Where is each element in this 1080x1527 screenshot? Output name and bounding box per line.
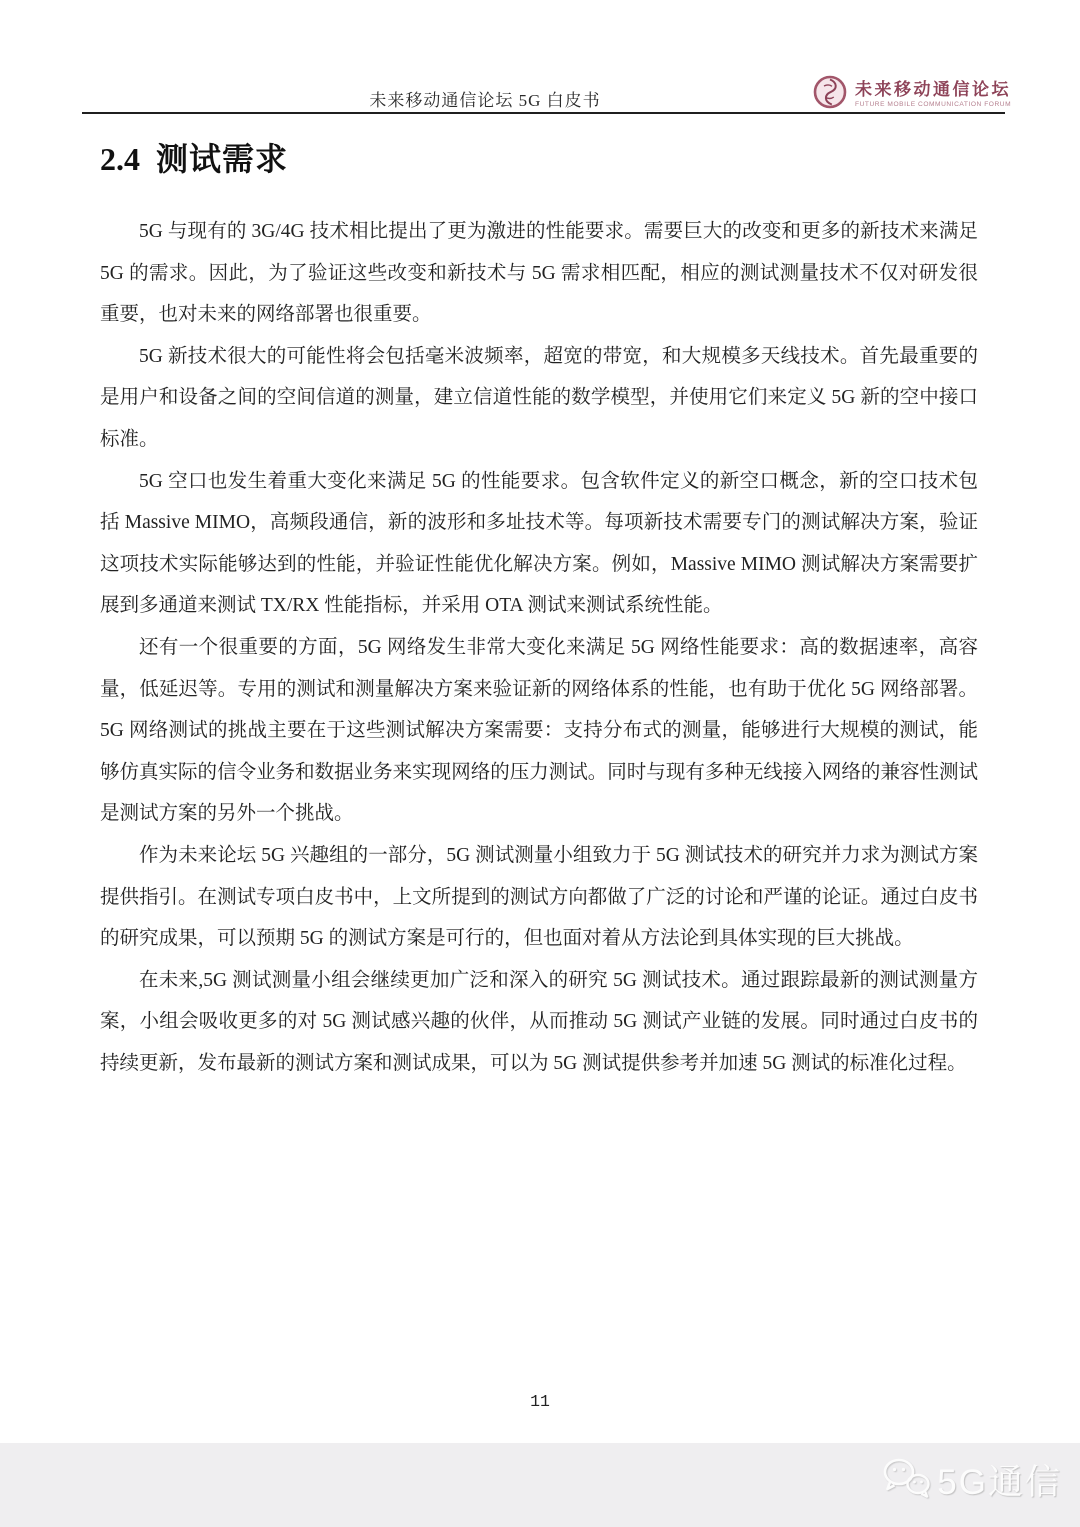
forum-logo-text: 未来移动通信论坛 FUTURE MOBILE COMMUNICATION FOR… <box>855 81 1011 109</box>
forum-logo: 未来移动通信论坛 FUTURE MOBILE COMMUNICATION FOR… <box>812 74 1011 115</box>
paragraph: 在未来,5G 测试测量小组会继续更加广泛和深入的研究 5G 测试技术。通过跟踪最… <box>100 960 978 1085</box>
paragraph: 作为未来论坛 5G 兴趣组的一部分，5G 测试测量小组致力于 5G 测试技术的研… <box>100 835 978 960</box>
section-heading: 2.4测试需求 <box>100 134 288 180</box>
footer-strip: 5G通信 <box>0 1443 1080 1527</box>
forum-logo-icon <box>812 74 848 115</box>
forum-logo-name-en: FUTURE MOBILE COMMUNICATION FORUM <box>855 101 1011 108</box>
paragraph: 5G 新技术很大的可能性将会包括毫米波频率，超宽的带宽，和大规模多天线技术。首先… <box>100 336 978 461</box>
section-number: 2.4 <box>100 141 140 177</box>
forum-logo-name-cn: 未来移动通信论坛 <box>855 81 1011 100</box>
wechat-icon <box>880 1456 932 1505</box>
document-body: 5G 与现有的 3G/4G 技术相比提出了更为激进的性能要求。需要巨大的改变和更… <box>100 211 978 1084</box>
paragraph: 5G 与现有的 3G/4G 技术相比提出了更为激进的性能要求。需要巨大的改变和更… <box>100 211 978 336</box>
paragraph: 还有一个很重要的方面，5G 网络发生非常大变化来满足 5G 网络性能要求：高的数… <box>100 627 978 835</box>
page-number: 11 <box>0 1392 1080 1411</box>
watermark-text: 5G通信 <box>937 1455 1062 1505</box>
paragraph: 5G 空口也发生着重大变化来满足 5G 的性能要求。包含软件定义的新空口概念，新… <box>100 461 978 627</box>
watermark: 5G通信 <box>880 1455 1062 1505</box>
section-title: 测试需求 <box>156 141 288 177</box>
header-divider <box>82 112 1005 114</box>
